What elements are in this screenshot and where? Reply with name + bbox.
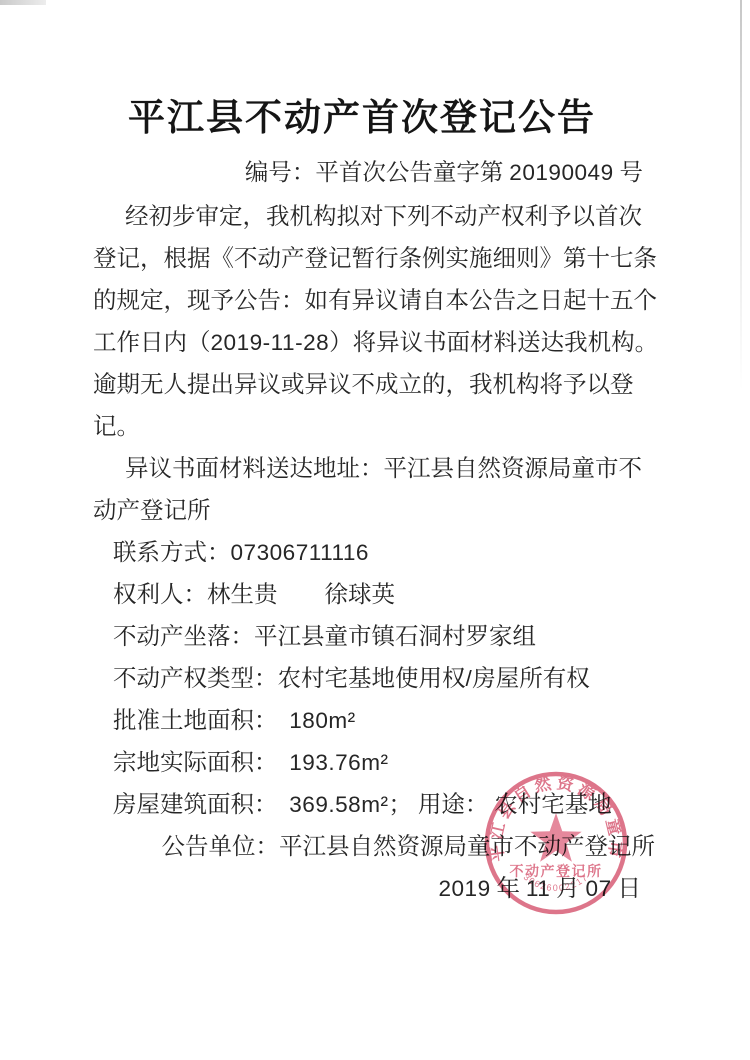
doc-line: 批准土地面积： 180m² bbox=[93, 700, 655, 742]
scan-artifact-right-edge bbox=[740, 0, 742, 390]
seal-star-icon bbox=[530, 813, 581, 862]
doc-line: 的规定，现予公告：如有异议请自本公告之日起十五个 bbox=[93, 280, 655, 322]
doc-line: 逾期无人提出异议或异议不成立的，我机构将予以登 bbox=[93, 364, 655, 406]
doc-line: 工作日内（2019-11-28）将异议书面材料送达我机构。 bbox=[93, 322, 655, 364]
doc-line: 不动产坐落：平江县童市镇石洞村罗家组 bbox=[93, 616, 655, 658]
doc-line: 登记，根据《不动产登记暂行条例实施细则》第十七条 bbox=[93, 238, 655, 280]
doc-line: 不动产权类型：农村宅基地使用权/房屋所有权 bbox=[93, 658, 655, 700]
doc-line: 经初步审定，我机构拟对下列不动产权利予以首次 bbox=[93, 196, 655, 238]
doc-line: 动产登记所 bbox=[93, 490, 655, 532]
scan-artifact-top-left bbox=[0, 0, 46, 5]
serial-number-line: 编号：平首次公告童字第 20190049 号 bbox=[93, 150, 655, 196]
doc-line: 记。 bbox=[93, 406, 655, 448]
scanned-document-page: 平江县不动产首次登记公告 编号：平首次公告童字第 20190049 号 经初步审… bbox=[0, 0, 750, 1060]
doc-line: 联系方式：07306711116 bbox=[93, 532, 655, 574]
doc-line: 异议书面材料送达地址：平江县自然资源局童市不 bbox=[93, 448, 655, 490]
official-seal: 平江县自然资源局童市 不动产登记所 4306260022179 bbox=[476, 763, 636, 923]
doc-line: 权利人：林生贵 徐球英 bbox=[93, 574, 655, 616]
document-title: 平江县不动产首次登记公告 bbox=[81, 94, 643, 144]
